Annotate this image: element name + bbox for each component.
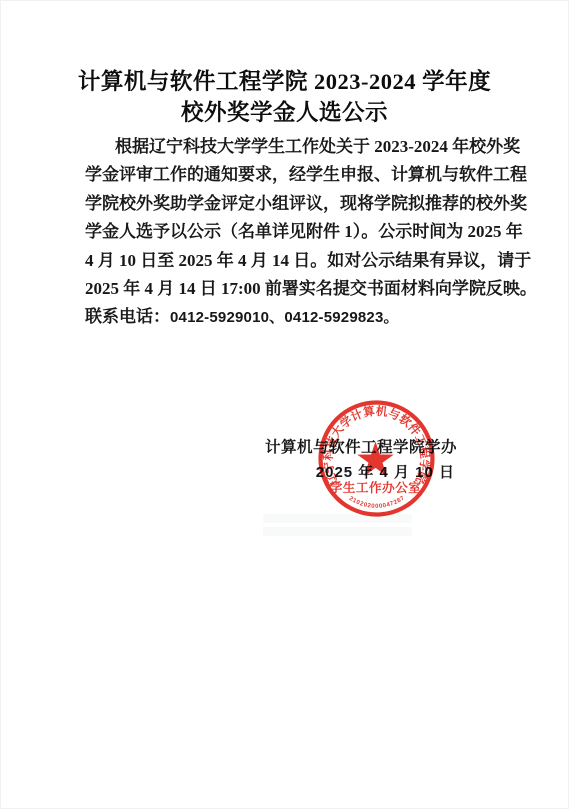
seal-center-text: 学生工作办公室 (330, 480, 422, 495)
document-title-line1: 计算机与软件工程学院 2023-2024 学年度 (0, 67, 569, 98)
document-title-line2: 校外奖学金人选公示 (0, 98, 569, 129)
contact-phone-numbers: 0412-5929010、0412-5929823。 (170, 309, 399, 326)
body-line: 学院校外奖助学金评定小组评议，现将学院拟推荐的校外奖 (85, 190, 489, 218)
document-title: 计算机与软件工程学院 2023-2024 学年度 校外奖学金人选公示 (0, 67, 569, 128)
scan-artifact-band (263, 527, 412, 536)
body-line: 根据辽宁科技大学学生工作处关于 2023-2024 年校外奖 (85, 133, 489, 161)
body-line: 2025 年 4 月 14 日 17:00 前署实名提交书面材料向学院反映。 (85, 275, 489, 303)
notice-document-page: 计算机与软件工程学院 2023-2024 学年度 校外奖学金人选公示 根据辽宁科… (0, 0, 569, 809)
body-line: 学金评审工作的通知要求，经学生申报、计算机与软件工程 (85, 161, 489, 189)
body-line: 4 月 10 日至 2025 年 4 月 14 日。如对公示结果有异议，请于 (85, 247, 489, 275)
svg-text:210202000047287: 210202000047287 (348, 495, 406, 510)
body-line: 学金人选予以公示（名单详见附件 1）。公示时间为 2025 年 (85, 218, 489, 246)
contact-line: 联系电话：0412-5929010、0412-5929823。 (85, 303, 489, 332)
seal-serial-number: 210202000047287 (348, 495, 406, 510)
seal-star-icon (357, 441, 393, 476)
document-body: 根据辽宁科技大学学生工作处关于 2023-2024 年校外奖 学金评审工作的通知… (85, 133, 489, 333)
contact-label: 联系电话： (85, 307, 170, 326)
official-seal-stamp: 辽宁科技大学计算机与软件工程学院 学生工作办公室 210202000047287 (316, 398, 437, 519)
